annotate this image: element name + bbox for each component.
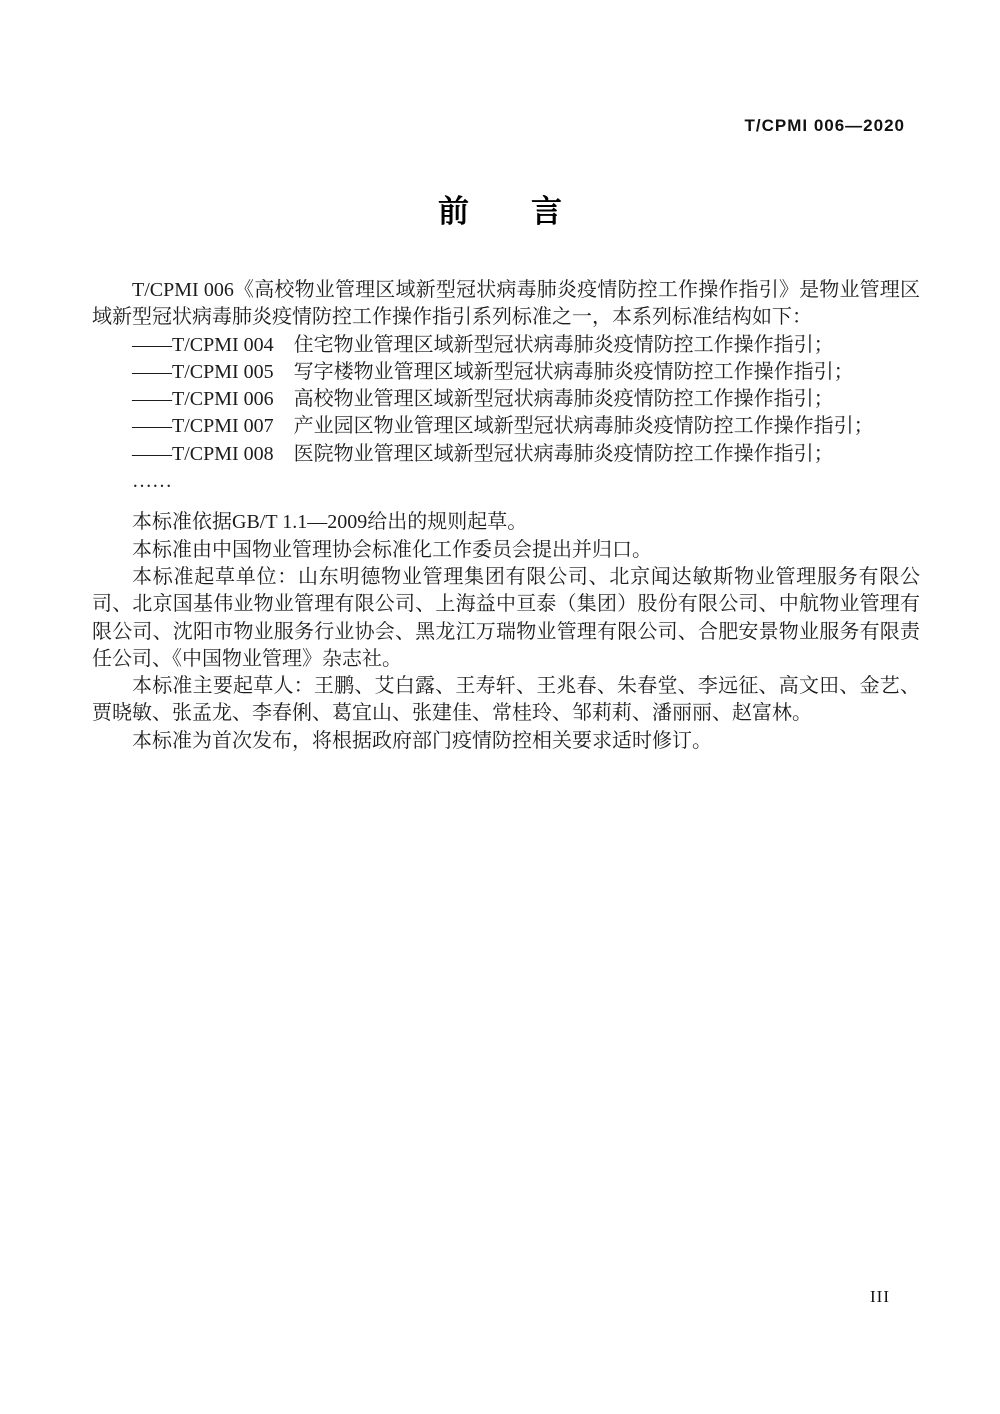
series-item-005: ——T/CPMI 005 写字楼物业管理区域新型冠状病毒肺炎疫情防控工作操作指引… xyxy=(92,359,920,386)
page-number: III xyxy=(870,1287,890,1307)
paragraph-drafting-organizations: 本标准起草单位：山东明德物业管理集团有限公司、北京闻达敏斯物业管理服务有限公司、… xyxy=(92,564,920,673)
series-item-007: ——T/CPMI 007 产业园区物业管理区域新型冠状病毒肺炎疫情防控工作操作指… xyxy=(92,413,920,440)
paragraph-first-release-note: 本标准为首次发布，将根据政府部门疫情防控相关要求适时修订。 xyxy=(92,728,920,755)
paragraph-proposed-by: 本标准由中国物业管理协会标准化工作委员会提出并归口。 xyxy=(92,537,920,564)
series-item-004: ——T/CPMI 004 住宅物业管理区域新型冠状病毒肺炎疫情防控工作操作指引； xyxy=(92,332,920,359)
page-title: 前 言 xyxy=(0,186,1000,231)
series-ellipsis: …… xyxy=(92,468,920,495)
paragraph-drafting-rule: 本标准依据GB/T 1.1—2009给出的规则起草。 xyxy=(92,509,920,536)
document-page: T/CPMI 006—2020 前 言 T/CPMI 006《高校物业管理区域新… xyxy=(0,0,1000,1414)
foreword-body: T/CPMI 006《高校物业管理区域新型冠状病毒肺炎疫情防控工作操作指引》是物… xyxy=(92,277,920,755)
paragraph-main-drafters: 本标准主要起草人：王鹏、艾白露、王寿轩、王兆春、朱春堂、李远征、高文田、金艺、贾… xyxy=(92,673,920,728)
standard-code-header: T/CPMI 006—2020 xyxy=(744,116,905,136)
series-item-006: ——T/CPMI 006 高校物业管理区域新型冠状病毒肺炎疫情防控工作操作指引； xyxy=(92,386,920,413)
series-item-008: ——T/CPMI 008 医院物业管理区域新型冠状病毒肺炎疫情防控工作操作指引； xyxy=(92,441,920,468)
paragraph-intro: T/CPMI 006《高校物业管理区域新型冠状病毒肺炎疫情防控工作操作指引》是物… xyxy=(92,277,920,332)
